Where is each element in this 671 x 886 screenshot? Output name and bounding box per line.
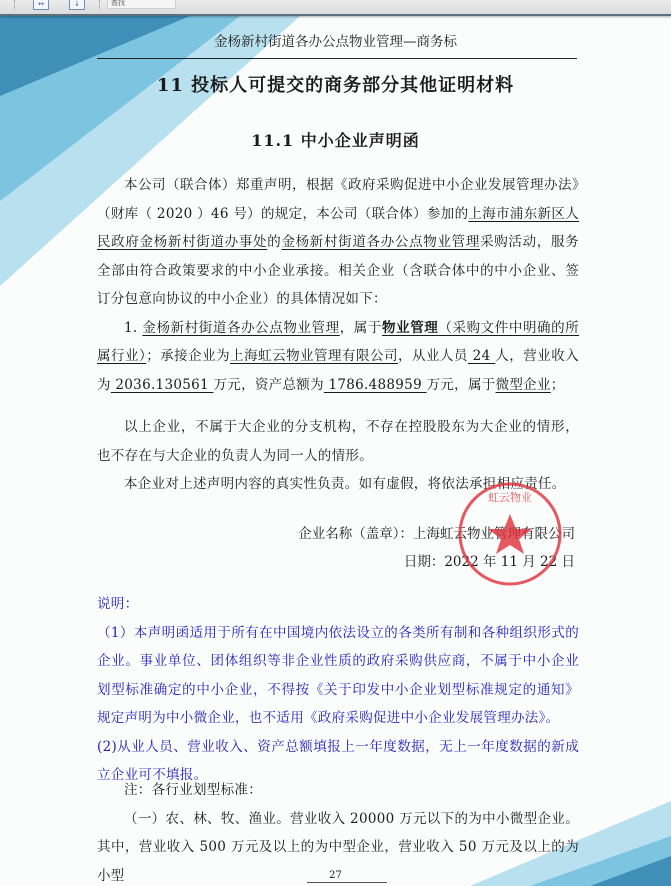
viewer-toolbar: ↔ ↓ 查找 — [0, 0, 671, 16]
notes-title: 说明： — [97, 590, 579, 619]
notes-section: 说明： （1）本声明函适用于所有在中国境内依法设立的各类所有制和各种组织形式的企… — [97, 590, 579, 790]
toolbar-grip[interactable] — [14, 0, 17, 10]
running-header: 金杨新村街道各办公点物业管理—商务标 — [0, 30, 671, 50]
svg-text:虹云物业: 虹云物业 — [488, 490, 532, 504]
document-page: 金杨新村街道各办公点物业管理—商务标 11 投标人可提交的商务部分其他证明材料 … — [0, 16, 671, 886]
enterprise-item-1: 1. 金杨新村街道各办公点物业管理，属于物业管理（采购文件中明确的所属行业）；承… — [97, 314, 579, 400]
fit-width-icon[interactable]: ↔ — [33, 0, 49, 10]
company-seal-stamp: 虹云物业 — [455, 479, 565, 589]
revenue-value: 2036.130561 — [111, 377, 214, 393]
header-divider — [97, 58, 577, 59]
staff-value: 24 — [468, 348, 495, 364]
download-icon[interactable]: ↓ — [69, 0, 85, 10]
enterprise-type-value: 微型企业 — [496, 377, 551, 393]
page-number: 27 — [0, 870, 671, 881]
declaration-paragraph-2: 以上企业，不属于大企业的分支机构，不存在控股股东为大企业的情形，也不存在与大企业… — [97, 413, 579, 470]
assets-value: 1786.488959 — [324, 377, 427, 393]
note-1: （1）本声明函适用于所有在中国境内依法设立的各类所有制和各种组织形式的企业。事业… — [97, 619, 579, 733]
company-value: 上海虹云物业管理有限公司 — [230, 348, 398, 364]
standards-title: 注：各行业划型标准： — [97, 776, 579, 805]
industry-value: 物业管理 — [382, 320, 438, 336]
project-name: 金杨新村街道各办公点物业管理 — [281, 234, 480, 250]
page-number-rule — [307, 882, 387, 883]
subsection-heading: 11.1 中小企业声明函 — [0, 128, 671, 151]
declaration-paragraph-1: 本公司（联合体）郑重声明，根据《政府采购促进中小企业发展管理办法》（财库（ 20… — [97, 171, 579, 314]
toolbar-grip[interactable] — [99, 0, 102, 10]
declaration-body: 本公司（联合体）郑重声明，根据《政府采购促进中小企业发展管理办法》（财库（ 20… — [97, 171, 579, 499]
section-heading: 11 投标人可提交的商务部分其他证明材料 — [0, 71, 671, 97]
search-input[interactable]: 查找 — [107, 0, 176, 9]
